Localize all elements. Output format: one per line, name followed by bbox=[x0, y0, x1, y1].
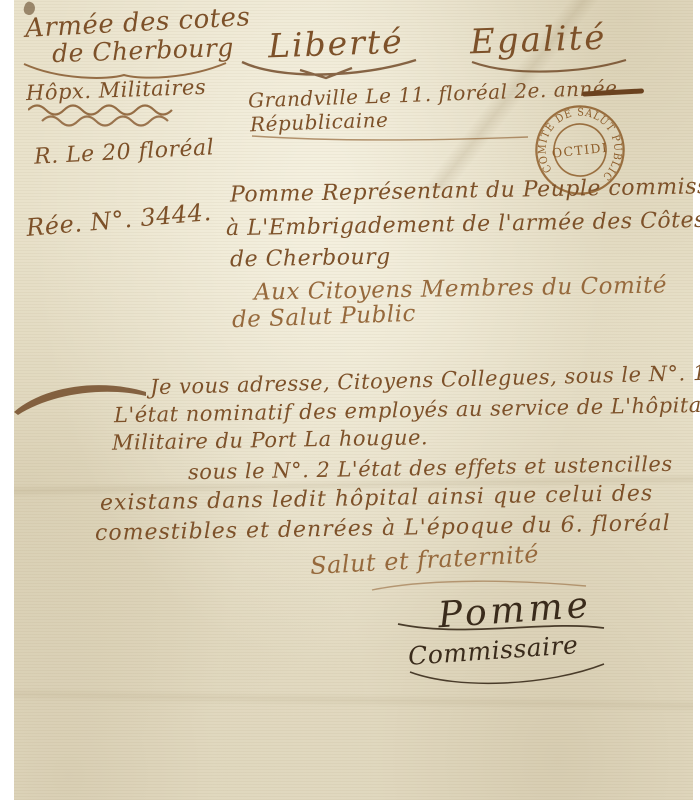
motto-liberte: Liberté bbox=[267, 22, 404, 66]
motto-egalite: Egalité bbox=[469, 18, 607, 63]
stamp-center-text: OCTIDI bbox=[551, 140, 609, 161]
dateline-republicaine: Républicaine bbox=[250, 108, 389, 137]
sender-line3: de Cherbourg bbox=[230, 245, 391, 273]
